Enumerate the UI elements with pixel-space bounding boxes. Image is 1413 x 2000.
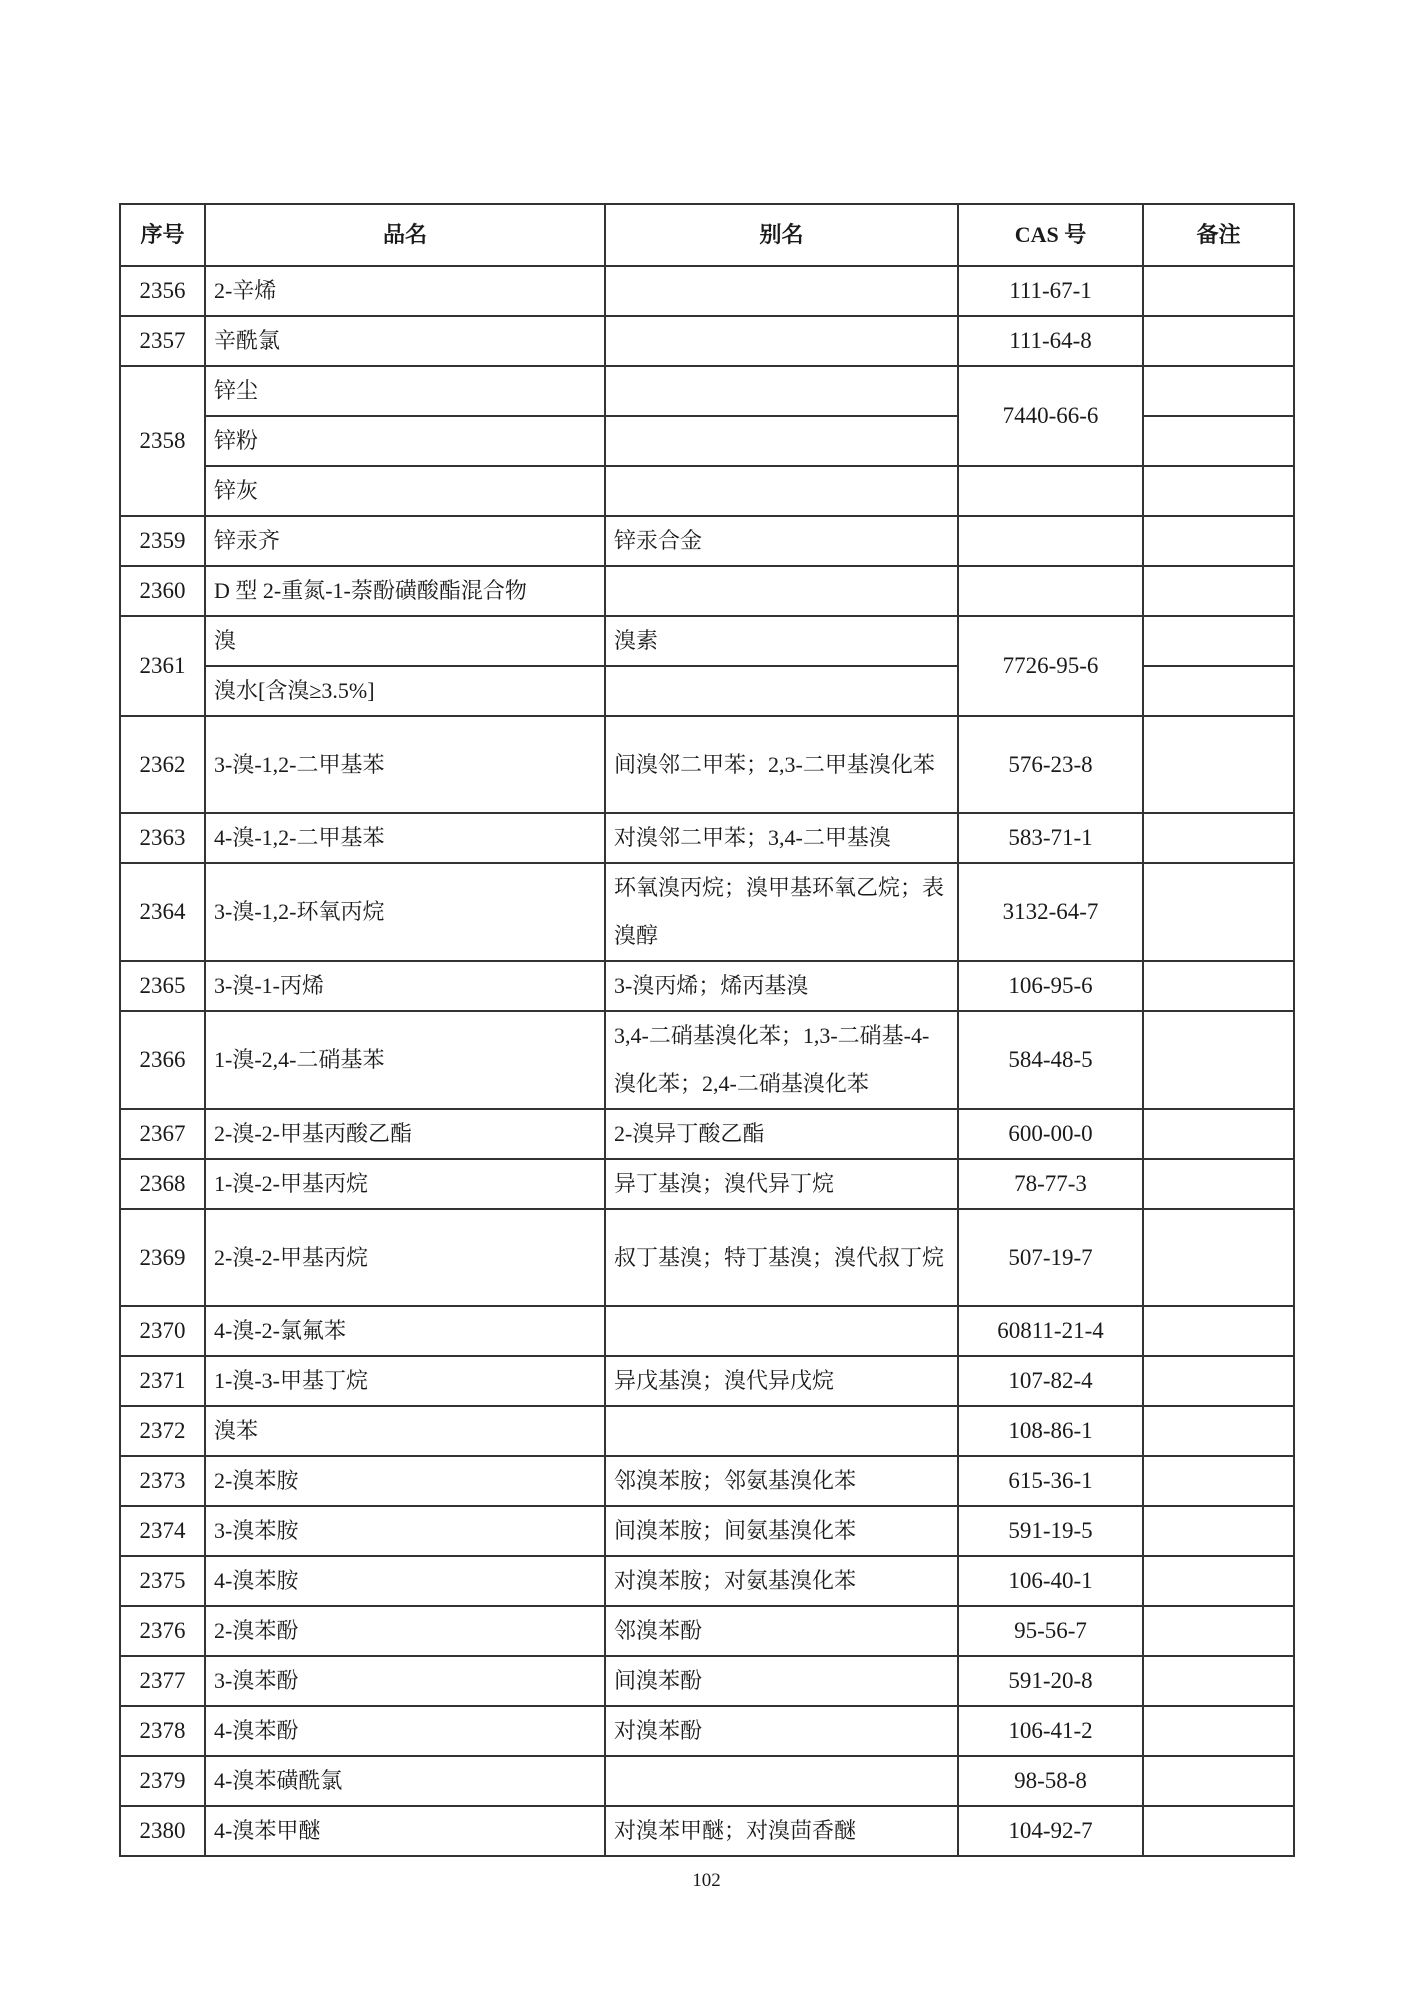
alias-cell: [605, 366, 958, 416]
name-cell: 4-溴苯酚: [205, 1706, 605, 1756]
header-alias: 别名: [605, 204, 958, 266]
remark-cell: [1143, 1806, 1294, 1856]
cas-cell: 7440-66-6: [958, 366, 1143, 466]
remark-cell: [1143, 1356, 1294, 1406]
remark-cell: [1143, 1756, 1294, 1806]
cas-cell: 78-77-3: [958, 1159, 1143, 1209]
cas-cell: 111-67-1: [958, 266, 1143, 316]
cas-cell: 7726-95-6: [958, 616, 1143, 716]
name-cell: 锌汞齐: [205, 516, 605, 566]
remark-cell: [1143, 666, 1294, 716]
seq-cell: 2369: [120, 1209, 205, 1306]
seq-cell: 2375: [120, 1556, 205, 1606]
name-cell: 锌粉: [205, 416, 605, 466]
table-row: 2365 3-溴-1-丙烯 3-溴丙烯；烯丙基溴 106-95-6: [120, 961, 1294, 1011]
seq-cell: 2368: [120, 1159, 205, 1209]
table-row: 2357 辛酰氯 111-64-8: [120, 316, 1294, 366]
seq-cell: 2359: [120, 516, 205, 566]
name-cell: 3-溴-1-丙烯: [205, 961, 605, 1011]
remark-cell: [1143, 1706, 1294, 1756]
name-cell: 溴水[含溴≥3.5%]: [205, 666, 605, 716]
remark-cell: [1143, 1606, 1294, 1656]
remark-cell: [1143, 1159, 1294, 1209]
name-cell: 4-溴苯甲醚: [205, 1806, 605, 1856]
cas-cell: [958, 516, 1143, 566]
header-remark: 备注: [1143, 204, 1294, 266]
name-cell: 2-溴苯酚: [205, 1606, 605, 1656]
table-header-row: 序号 品名 别名 CAS 号 备注: [120, 204, 1294, 266]
seq-cell: 2361: [120, 616, 205, 716]
table-row: 2380 4-溴苯甲醚 对溴苯甲醚；对溴茴香醚 104-92-7: [120, 1806, 1294, 1856]
table-row: 2371 1-溴-3-甲基丁烷 异戊基溴；溴代异戊烷 107-82-4: [120, 1356, 1294, 1406]
name-cell: 1-溴-2-甲基丙烷: [205, 1159, 605, 1209]
name-cell: 1-溴-2,4-二硝基苯: [205, 1011, 605, 1109]
seq-cell: 2362: [120, 716, 205, 813]
table-row: 2372 溴苯 108-86-1: [120, 1406, 1294, 1456]
seq-cell: 2373: [120, 1456, 205, 1506]
alias-cell: 3,4-二硝基溴化苯；1,3-二硝基-4-溴化苯；2,4-二硝基溴化苯: [605, 1011, 958, 1109]
remark-cell: [1143, 516, 1294, 566]
seq-cell: 2372: [120, 1406, 205, 1456]
remark-cell: [1143, 1209, 1294, 1306]
cas-cell: 60811-21-4: [958, 1306, 1143, 1356]
cas-cell: 107-82-4: [958, 1356, 1143, 1406]
remark-cell: [1143, 616, 1294, 666]
alias-cell: 间溴苯胺；间氨基溴化苯: [605, 1506, 958, 1556]
cas-cell: 106-41-2: [958, 1706, 1143, 1756]
table-row: 2362 3-溴-1,2-二甲基苯 间溴邻二甲苯；2,3-二甲基溴化苯 576-…: [120, 716, 1294, 813]
cas-cell: 106-40-1: [958, 1556, 1143, 1606]
remark-cell: [1143, 1456, 1294, 1506]
alias-cell: [605, 1406, 958, 1456]
remark-cell: [1143, 1306, 1294, 1356]
table-row: 2369 2-溴-2-甲基丙烷 叔丁基溴；特丁基溴；溴代叔丁烷 507-19-7: [120, 1209, 1294, 1306]
seq-cell: 2371: [120, 1356, 205, 1406]
seq-cell: 2379: [120, 1756, 205, 1806]
name-cell: 3-溴-1,2-环氧丙烷: [205, 863, 605, 961]
seq-cell: 2363: [120, 813, 205, 863]
alias-cell: [605, 266, 958, 316]
seq-cell: 2367: [120, 1109, 205, 1159]
cas-cell: 3132-64-7: [958, 863, 1143, 961]
table-row: 2370 4-溴-2-氯氟苯 60811-21-4: [120, 1306, 1294, 1356]
alias-cell: 对溴苯甲醚；对溴茴香醚: [605, 1806, 958, 1856]
alias-cell: 锌汞合金: [605, 516, 958, 566]
alias-cell: 对溴苯酚: [605, 1706, 958, 1756]
seq-cell: 2378: [120, 1706, 205, 1756]
alias-cell: 异丁基溴；溴代异丁烷: [605, 1159, 958, 1209]
cas-cell: 576-23-8: [958, 716, 1143, 813]
alias-cell: [605, 566, 958, 616]
seq-cell: 2356: [120, 266, 205, 316]
table-row: 2360 D 型 2-重氮-1-萘酚磺酸酯混合物: [120, 566, 1294, 616]
name-cell: 溴: [205, 616, 605, 666]
table-row: 2367 2-溴-2-甲基丙酸乙酯 2-溴异丁酸乙酯 600-00-0: [120, 1109, 1294, 1159]
alias-cell: 环氧溴丙烷；溴甲基环氧乙烷；表溴醇: [605, 863, 958, 961]
cas-cell: 104-92-7: [958, 1806, 1143, 1856]
remark-cell: [1143, 266, 1294, 316]
alias-cell: 叔丁基溴；特丁基溴；溴代叔丁烷: [605, 1209, 958, 1306]
cas-cell: 106-95-6: [958, 961, 1143, 1011]
alias-cell: [605, 416, 958, 466]
name-cell: 溴苯: [205, 1406, 605, 1456]
header-name: 品名: [205, 204, 605, 266]
seq-cell: 2370: [120, 1306, 205, 1356]
alias-cell: 间溴苯酚: [605, 1656, 958, 1706]
alias-cell: 对溴邻二甲苯；3,4-二甲基溴: [605, 813, 958, 863]
table-row: 2374 3-溴苯胺 间溴苯胺；间氨基溴化苯 591-19-5: [120, 1506, 1294, 1556]
remark-cell: [1143, 366, 1294, 416]
table-row: 2368 1-溴-2-甲基丙烷 异丁基溴；溴代异丁烷 78-77-3: [120, 1159, 1294, 1209]
remark-cell: [1143, 1406, 1294, 1456]
remark-cell: [1143, 1011, 1294, 1109]
seq-cell: 2376: [120, 1606, 205, 1656]
table-row: 2358 锌尘 7440-66-6: [120, 366, 1294, 416]
seq-cell: 2364: [120, 863, 205, 961]
table-row: 2373 2-溴苯胺 邻溴苯胺；邻氨基溴化苯 615-36-1: [120, 1456, 1294, 1506]
cas-cell: 615-36-1: [958, 1456, 1143, 1506]
seq-cell: 2360: [120, 566, 205, 616]
name-cell: 1-溴-3-甲基丁烷: [205, 1356, 605, 1406]
alias-cell: [605, 316, 958, 366]
name-cell: 4-溴-2-氯氟苯: [205, 1306, 605, 1356]
remark-cell: [1143, 863, 1294, 961]
table-row: 2377 3-溴苯酚 间溴苯酚 591-20-8: [120, 1656, 1294, 1706]
name-cell: 锌灰: [205, 466, 605, 516]
table-row: 2376 2-溴苯酚 邻溴苯酚 95-56-7: [120, 1606, 1294, 1656]
name-cell: 锌尘: [205, 366, 605, 416]
table-row: 2378 4-溴苯酚 对溴苯酚 106-41-2: [120, 1706, 1294, 1756]
name-cell: 4-溴-1,2-二甲基苯: [205, 813, 605, 863]
table-row: 2363 4-溴-1,2-二甲基苯 对溴邻二甲苯；3,4-二甲基溴 583-71…: [120, 813, 1294, 863]
remark-cell: [1143, 566, 1294, 616]
seq-cell: 2380: [120, 1806, 205, 1856]
remark-cell: [1143, 961, 1294, 1011]
header-cas: CAS 号: [958, 204, 1143, 266]
cas-cell: 600-00-0: [958, 1109, 1143, 1159]
cas-cell: [958, 466, 1143, 516]
header-seq: 序号: [120, 204, 205, 266]
alias-cell: [605, 1756, 958, 1806]
alias-cell: 溴素: [605, 616, 958, 666]
table-row: 2361 溴 溴素 7726-95-6: [120, 616, 1294, 666]
seq-cell: 2366: [120, 1011, 205, 1109]
cas-cell: 591-19-5: [958, 1506, 1143, 1556]
table-row: 2366 1-溴-2,4-二硝基苯 3,4-二硝基溴化苯；1,3-二硝基-4-溴…: [120, 1011, 1294, 1109]
alias-cell: 3-溴丙烯；烯丙基溴: [605, 961, 958, 1011]
alias-cell: [605, 666, 958, 716]
remark-cell: [1143, 716, 1294, 813]
alias-cell: 间溴邻二甲苯；2,3-二甲基溴化苯: [605, 716, 958, 813]
remark-cell: [1143, 813, 1294, 863]
name-cell: 3-溴苯胺: [205, 1506, 605, 1556]
remark-cell: [1143, 1109, 1294, 1159]
name-cell: 4-溴苯胺: [205, 1556, 605, 1606]
cas-cell: 584-48-5: [958, 1011, 1143, 1109]
name-cell: 3-溴-1,2-二甲基苯: [205, 716, 605, 813]
seq-cell: 2374: [120, 1506, 205, 1556]
table-subrow: 锌灰: [120, 466, 1294, 516]
table-row: 2375 4-溴苯胺 对溴苯胺；对氨基溴化苯 106-40-1: [120, 1556, 1294, 1606]
name-cell: 4-溴苯磺酰氯: [205, 1756, 605, 1806]
name-cell: D 型 2-重氮-1-萘酚磺酸酯混合物: [205, 566, 605, 616]
seq-cell: 2365: [120, 961, 205, 1011]
table-row: 2364 3-溴-1,2-环氧丙烷 环氧溴丙烷；溴甲基环氧乙烷；表溴醇 3132…: [120, 863, 1294, 961]
alias-cell: 异戊基溴；溴代异戊烷: [605, 1356, 958, 1406]
name-cell: 2-溴苯胺: [205, 1456, 605, 1506]
name-cell: 2-溴-2-甲基丙酸乙酯: [205, 1109, 605, 1159]
alias-cell: [605, 466, 958, 516]
remark-cell: [1143, 1656, 1294, 1706]
remark-cell: [1143, 1556, 1294, 1606]
alias-cell: 对溴苯胺；对氨基溴化苯: [605, 1556, 958, 1606]
seq-cell: 2377: [120, 1656, 205, 1706]
table-row: 2359 锌汞齐 锌汞合金: [120, 516, 1294, 566]
cas-cell: 95-56-7: [958, 1606, 1143, 1656]
name-cell: 2-辛烯: [205, 266, 605, 316]
table-row: 2379 4-溴苯磺酰氯 98-58-8: [120, 1756, 1294, 1806]
cas-cell: 507-19-7: [958, 1209, 1143, 1306]
alias-cell: 邻溴苯酚: [605, 1606, 958, 1656]
remark-cell: [1143, 466, 1294, 516]
cas-cell: 583-71-1: [958, 813, 1143, 863]
hazardous-chemicals-table: 序号 品名 别名 CAS 号 备注 2356 2-辛烯 111-67-1 235…: [119, 203, 1295, 1857]
seq-cell: 2357: [120, 316, 205, 366]
name-cell: 2-溴-2-甲基丙烷: [205, 1209, 605, 1306]
alias-cell: 邻溴苯胺；邻氨基溴化苯: [605, 1456, 958, 1506]
alias-cell: [605, 1306, 958, 1356]
table-row: 2356 2-辛烯 111-67-1: [120, 266, 1294, 316]
name-cell: 辛酰氯: [205, 316, 605, 366]
cas-cell: [958, 566, 1143, 616]
alias-cell: 2-溴异丁酸乙酯: [605, 1109, 958, 1159]
page-number: 102: [0, 1870, 1413, 1892]
cas-cell: 98-58-8: [958, 1756, 1143, 1806]
remark-cell: [1143, 416, 1294, 466]
cas-cell: 108-86-1: [958, 1406, 1143, 1456]
name-cell: 3-溴苯酚: [205, 1656, 605, 1706]
remark-cell: [1143, 316, 1294, 366]
seq-cell: 2358: [120, 366, 205, 516]
cas-cell: 111-64-8: [958, 316, 1143, 366]
remark-cell: [1143, 1506, 1294, 1556]
cas-cell: 591-20-8: [958, 1656, 1143, 1706]
